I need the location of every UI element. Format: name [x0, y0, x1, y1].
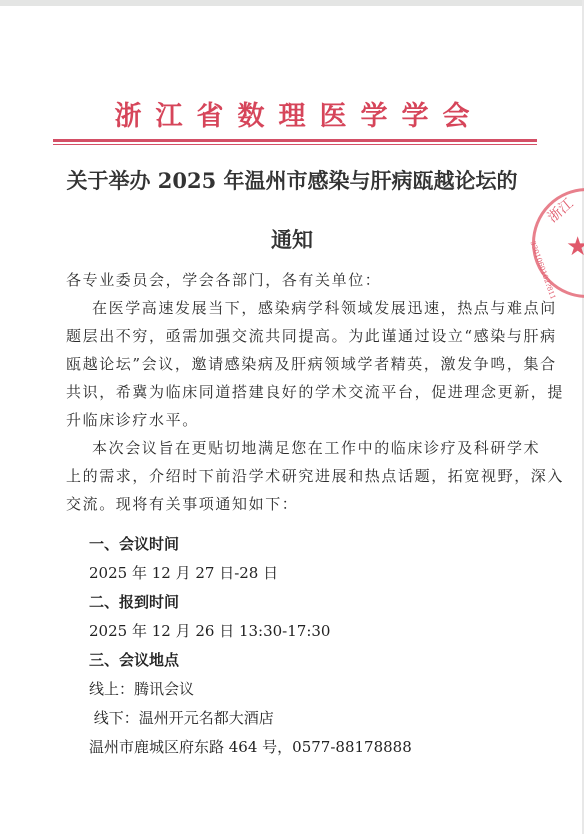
venue-address: 温州市鹿城区府东路 464 号，0577-88178888	[89, 736, 412, 757]
para1-line: 升临床诊疗水平。	[66, 406, 536, 434]
para2-line: 上的需求，介绍时下前沿学术研究进展和热点话题，拓宽视野，深入	[66, 462, 536, 490]
document-title-line2: 通知	[0, 224, 584, 254]
para1-line: 题层出不穷，亟需加强交流共同提高。为此谨通过设立“感染与肝病	[66, 322, 536, 350]
document-title-line1: 关于举办 2025 年温州市感染与肝病瓯越论坛的	[0, 165, 584, 195]
venue-offline: 线下：温州开元名都大酒店	[89, 707, 274, 728]
para2-line: 交流。现将有关事项通知如下：	[66, 490, 536, 518]
section-heading-checkin-time: 二、报到时间	[89, 591, 179, 612]
venue-online: 线上：腾讯会议	[89, 678, 194, 699]
checkin-time-value: 2025 年 12 月 26 日 13:30-17:30	[89, 620, 330, 641]
letter-body: 各专业委员会，学会各部门，各有关单位： 在医学高速发展当下，感染病学科领域发展迅…	[66, 266, 536, 518]
salutation: 各专业委员会，学会各部门，各有关单位：	[66, 266, 536, 294]
section-heading-venue: 三、会议地点	[89, 649, 179, 670]
meeting-time-value: 2025 年 12 月 27 日-28 日	[89, 562, 278, 583]
seal-star-icon: ★	[566, 232, 584, 262]
para1-line: 共识，希冀为临床同道搭建良好的学术交流平台，促进理念更新，提	[66, 378, 536, 406]
para1-line: 在医学高速发展当下，感染病学科领域发展迅速，热点与难点问	[66, 294, 536, 322]
letterhead-rule-thick	[53, 139, 537, 142]
letterhead-rule-thin	[53, 144, 537, 145]
para2-line: 本次会议旨在更贴切地满足您在工作中的临床诊疗及科研学术	[66, 434, 536, 462]
section-heading-meeting-time: 一、会议时间	[89, 533, 179, 554]
viewer-top-bar	[0, 0, 584, 6]
org-letterhead: 浙江省数理医学学会	[0, 94, 584, 133]
para1-line: 瓯越论坛”会议，邀请感染病及肝病领域学者精英，激发争鸣，集合	[66, 350, 536, 378]
